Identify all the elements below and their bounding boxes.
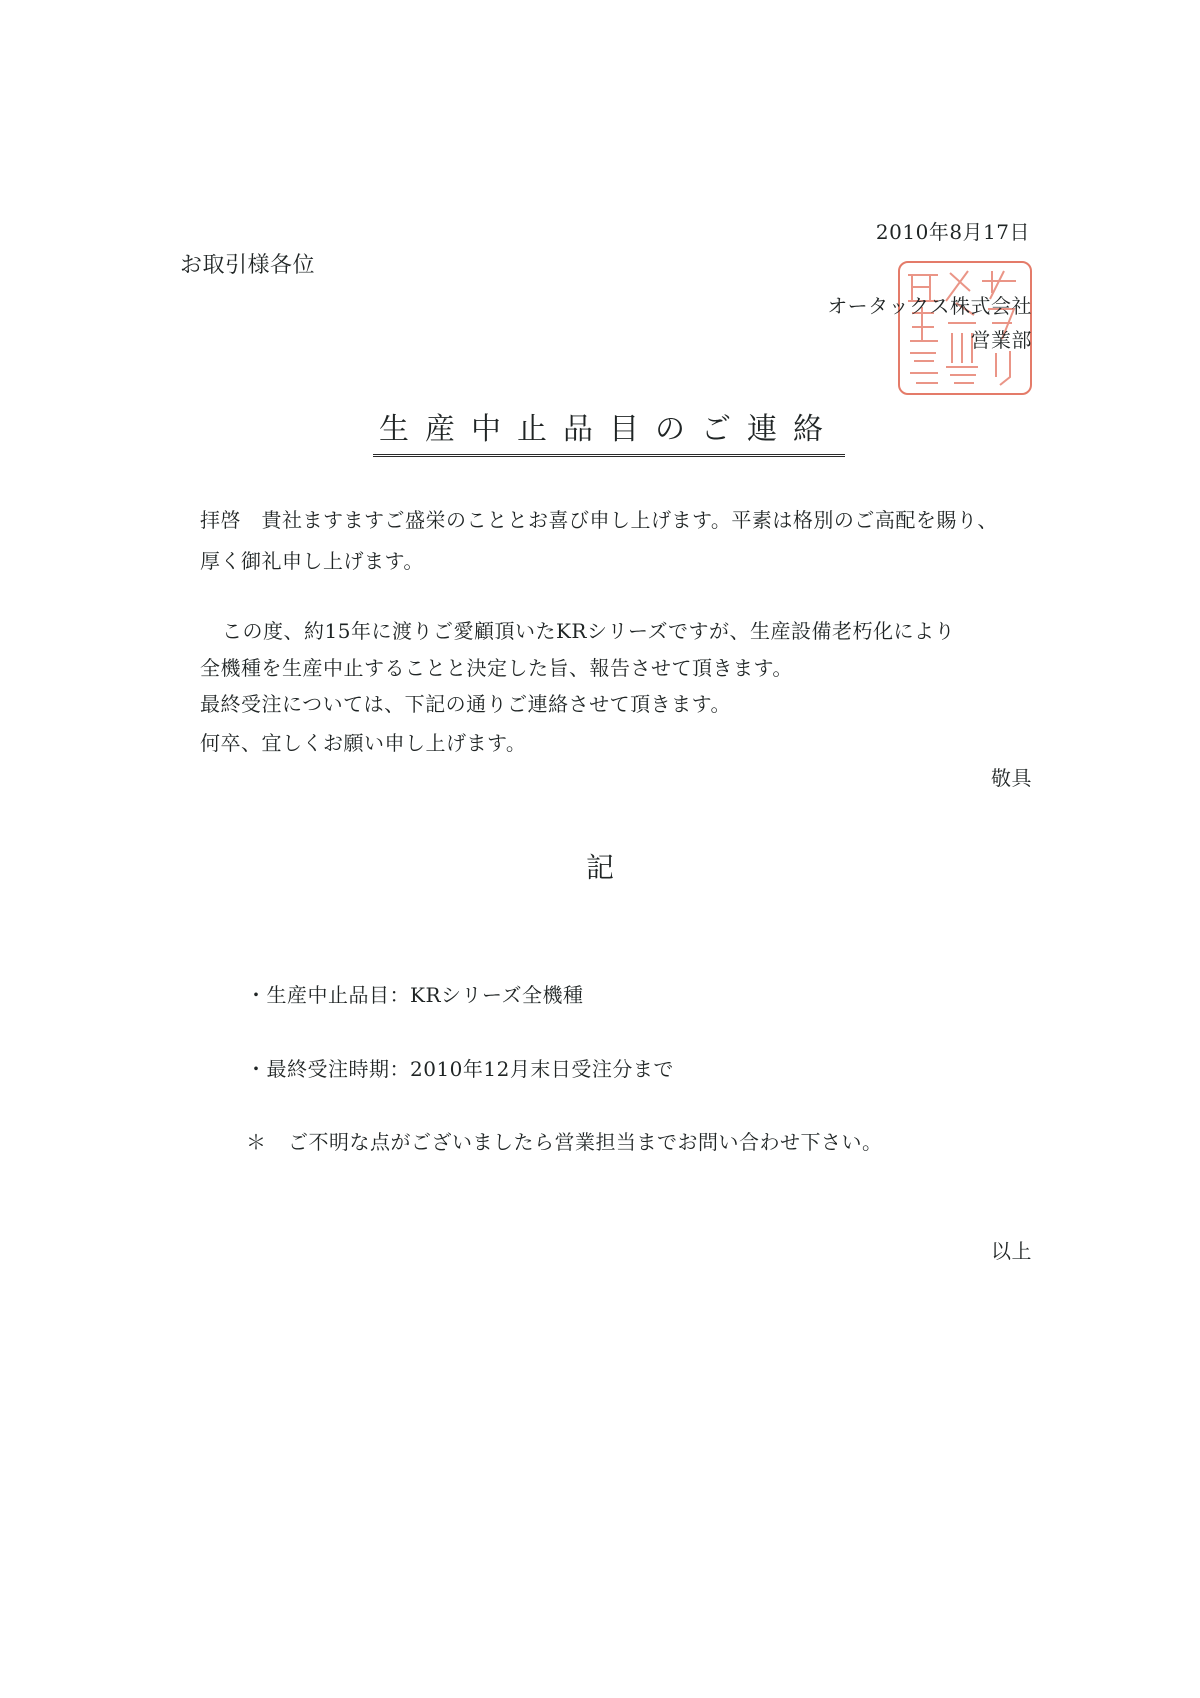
body-line-4: 何卒、宜しくお願い申し上げます。 (200, 731, 526, 755)
sender-company: オータックス株式会社 (827, 294, 1032, 318)
body-line-1: この度、約15年に渡りご愛顧頂いたKRシリーズですが、生産設備老朽化により (222, 619, 955, 643)
end-ijou: 以上 (991, 1239, 1032, 1263)
inquiry-note-text: ご不明な点がございましたら営業担当までお問い合わせ下さい。 (288, 1130, 883, 1154)
body-line-2: 全機種を生産中止することと決定した旨、報告させて頂きます。 (200, 656, 793, 680)
document-title: 生産中止品目のご連絡 (373, 412, 845, 457)
sender-department: 営業部 (971, 328, 1033, 352)
body-line-3: 最終受注については、下記の通りご連絡させて頂きます。 (200, 692, 731, 716)
greeting-line-2: 厚く御礼申し上げます。 (200, 549, 424, 573)
ki-heading: 記 (586, 852, 614, 884)
inquiry-note: ＊ご不明な点がございましたら営業担当までお問い合わせ下さい。 (246, 1130, 883, 1154)
item-discontinued-products: ・生産中止品目：KRシリーズ全機種 (246, 983, 584, 1007)
addressee: お取引様各位 (180, 254, 315, 278)
asterisk-icon: ＊ (246, 1130, 288, 1154)
letter-date: 2010年8月17日 (876, 220, 1030, 244)
closing-keigu: 敬具 (991, 766, 1032, 790)
greeting-line-1: 拝啓 貴社ますますご盛栄のこととお喜び申し上げます。平素は格別のご高配を賜り、 (200, 508, 998, 532)
item-last-order-period: ・最終受注時期：2010年12月末日受注分まで (246, 1057, 674, 1081)
